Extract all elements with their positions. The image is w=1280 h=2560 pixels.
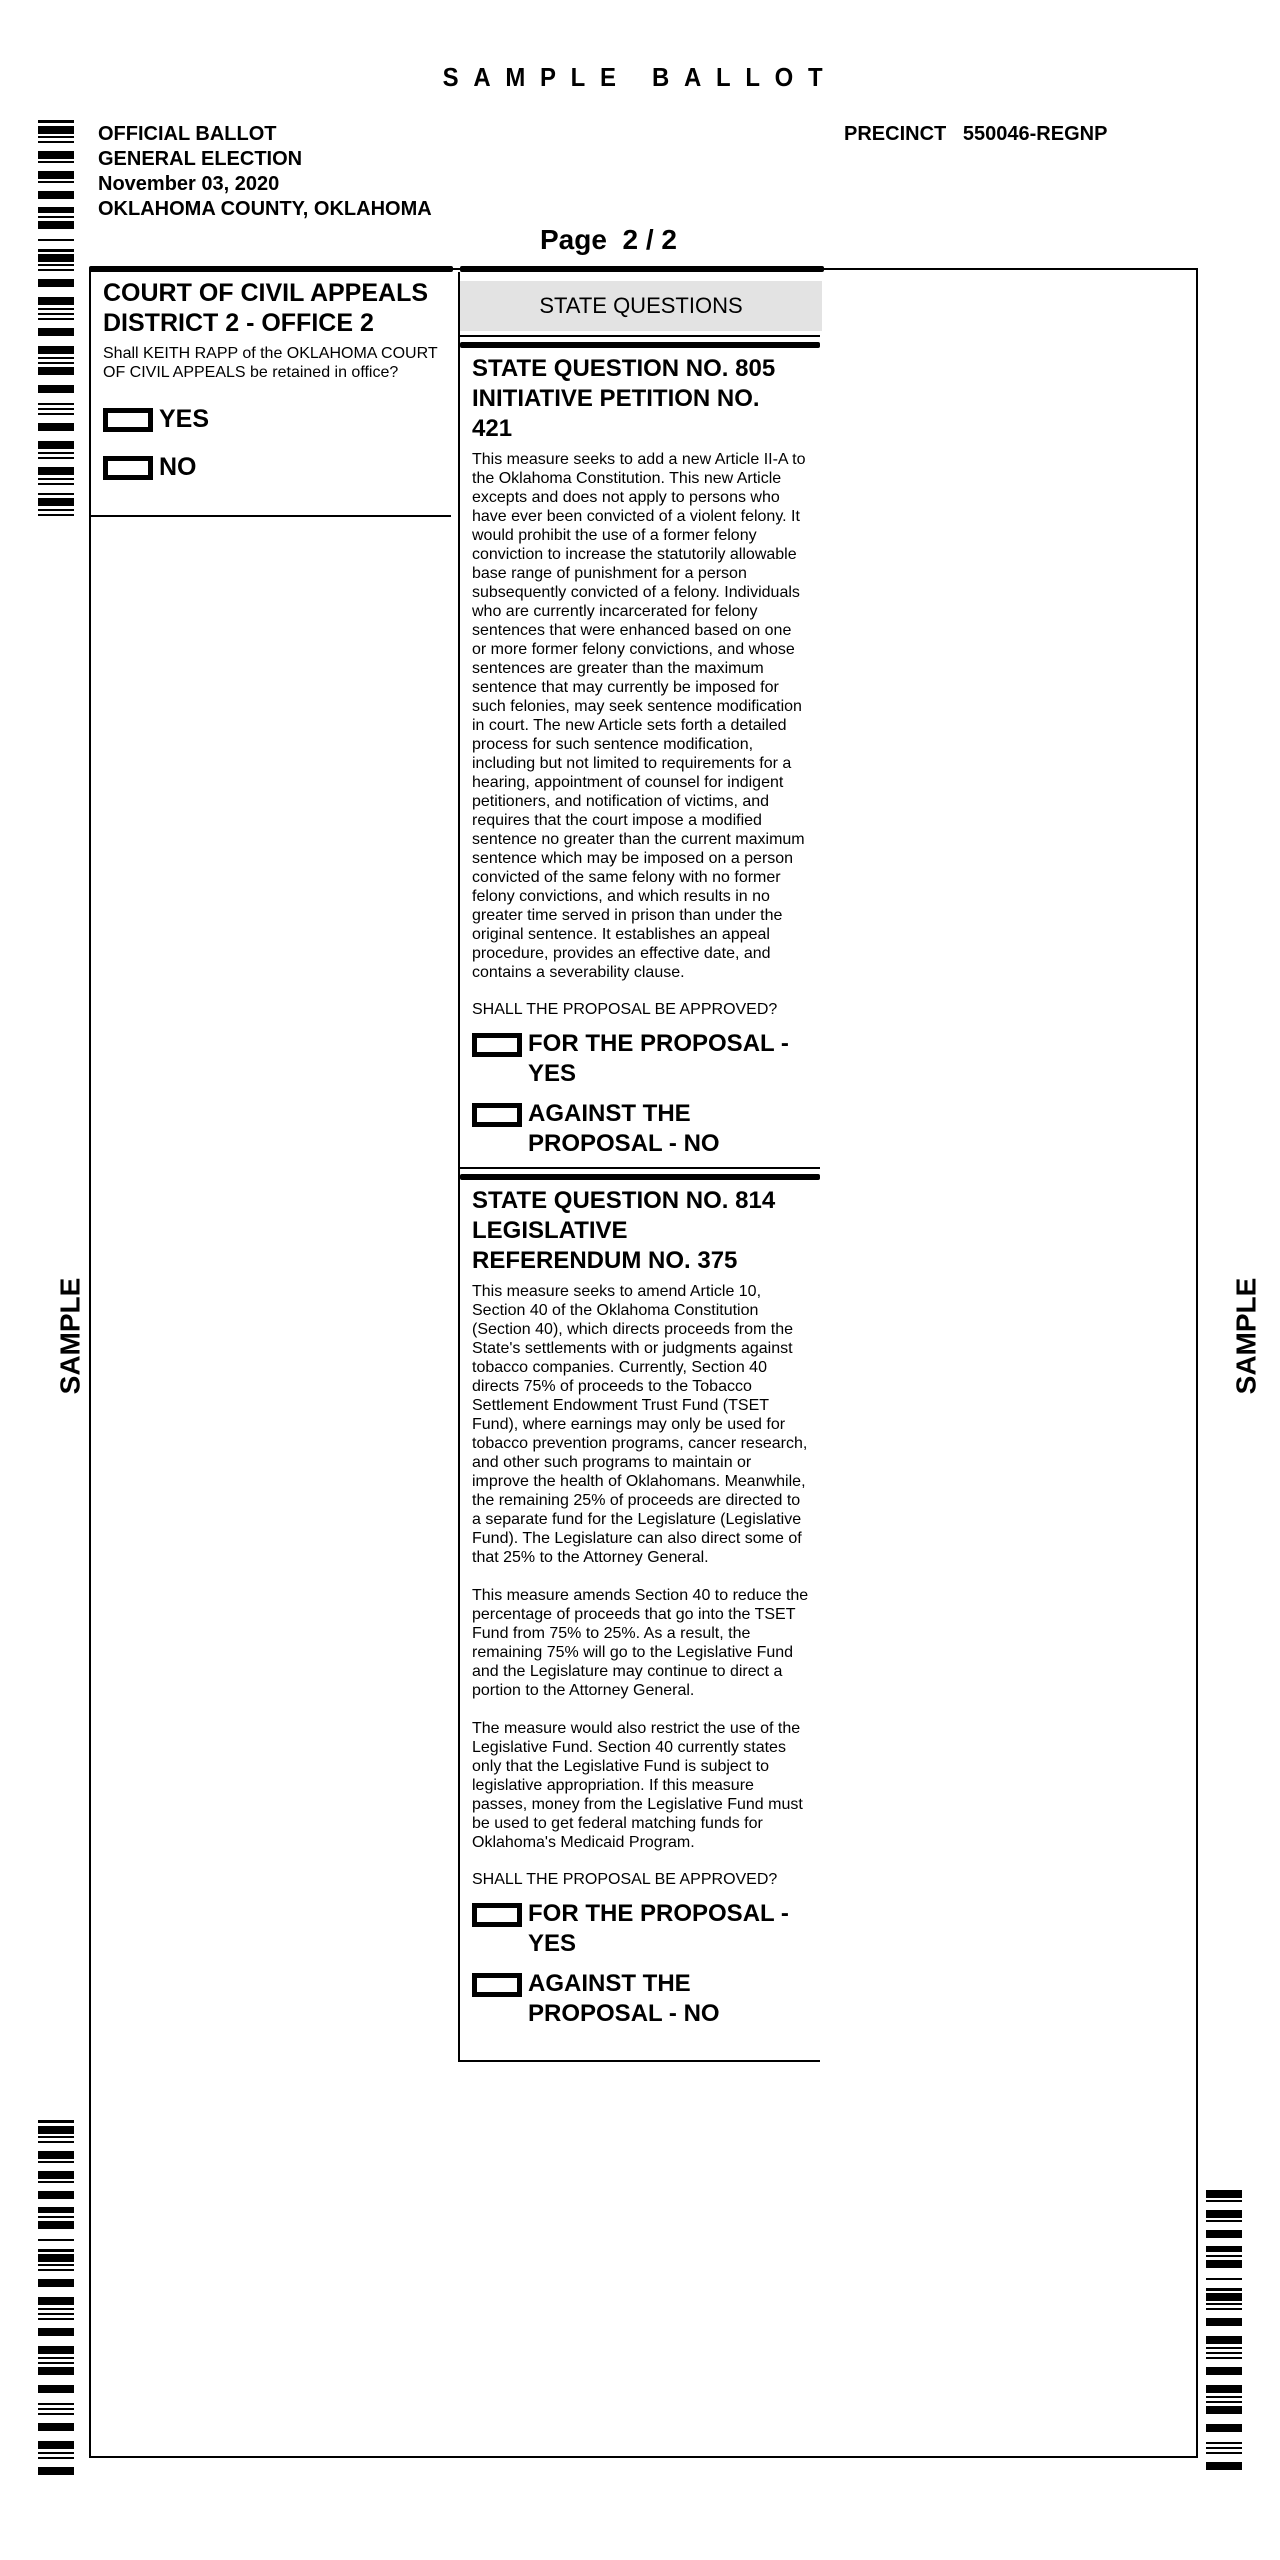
vote-oval[interactable] — [472, 1903, 522, 1927]
question-prompt: SHALL THE PROPOSAL BE APPROVED? — [472, 1000, 810, 1019]
barcode-bottom-left-icon — [38, 2120, 74, 2440]
header-line-official: OFFICIAL BALLOT — [98, 122, 432, 147]
contest-title-line: COURT OF CIVIL APPEALS — [103, 278, 439, 308]
option-label: FOR THE PROPOSAL - YES — [528, 1029, 810, 1089]
header-line-county: OKLAHOMA COUNTY, OKLAHOMA — [98, 197, 432, 222]
question-title-line: STATE QUESTION NO. 814 — [472, 1186, 810, 1216]
ballot-title: SAMPLE BALLOT — [51, 62, 1229, 93]
question-title-line: REFERENDUM NO. 375 — [472, 1246, 810, 1276]
question-paragraph: This measure seeks to add a new Article … — [472, 450, 810, 982]
question-text: This measure seeks to amend Article 10, … — [472, 1282, 810, 1852]
precinct-label: PRECINCT — [844, 123, 946, 145]
ballot-header-info: OFFICIAL BALLOT GENERAL ELECTION Novembe… — [98, 122, 432, 222]
state-question-814: STATE QUESTION NO. 814 LEGISLATIVE REFER… — [460, 1186, 822, 2029]
barcode-bottom-right-icon — [1206, 2190, 1242, 2440]
question-title-line: LEGISLATIVE — [472, 1216, 810, 1246]
option-yes[interactable]: YES — [91, 404, 451, 434]
section-header-rule — [460, 335, 820, 337]
vote-oval[interactable] — [472, 1103, 522, 1127]
vote-oval[interactable] — [472, 1033, 522, 1057]
contest-title-line: DISTRICT 2 - OFFICE 2 — [103, 308, 439, 338]
option-label: FOR THE PROPOSAL - YES — [528, 1899, 810, 1959]
option-no[interactable]: NO — [91, 452, 451, 482]
question-bottom-rule — [460, 2060, 820, 2062]
question-title: STATE QUESTION NO. 814 LEGISLATIVE REFER… — [472, 1186, 810, 1276]
precinct-info: PRECINCT 550046-REGNP — [844, 122, 1107, 147]
option-against-proposal[interactable]: AGAINST THE PROPOSAL - NO — [472, 1099, 810, 1159]
middle-column-top-rule — [460, 266, 824, 272]
option-label: YES — [159, 404, 209, 434]
header-line-election: GENERAL ELECTION — [98, 147, 432, 172]
question-top-rule — [460, 342, 820, 348]
vote-oval[interactable] — [103, 456, 153, 480]
contest-divider — [91, 515, 451, 517]
question-paragraph: This measure seeks to amend Article 10, … — [472, 1282, 810, 1567]
contest-description: Shall KEITH RAPP of the OKLAHOMA COURT O… — [91, 338, 451, 382]
barcode-top-left-icon — [38, 120, 74, 510]
vote-oval[interactable] — [103, 408, 153, 432]
option-for-proposal[interactable]: FOR THE PROPOSAL - YES — [472, 1029, 810, 1089]
sample-watermark-left: SAMPLE — [54, 1278, 86, 1395]
question-paragraph: This measure amends Section 40 to reduce… — [472, 1586, 810, 1700]
option-against-proposal[interactable]: AGAINST THE PROPOSAL - NO — [472, 1969, 810, 2029]
question-title-line: STATE QUESTION NO. 805 — [472, 354, 810, 384]
option-label: NO — [159, 452, 197, 482]
question-paragraph: The measure would also restrict the use … — [472, 1719, 810, 1852]
question-title-line: INITIATIVE PETITION NO. — [472, 384, 810, 414]
question-divider — [460, 1167, 820, 1169]
header-line-date: November 03, 2020 — [98, 172, 432, 197]
option-for-proposal[interactable]: FOR THE PROPOSAL - YES — [472, 1899, 810, 1959]
precinct-value: 550046-REGNP — [963, 123, 1108, 145]
option-label: AGAINST THE PROPOSAL - NO — [528, 1969, 810, 2029]
vote-oval[interactable] — [472, 1973, 522, 1997]
question-top-rule — [460, 1174, 820, 1180]
question-text: This measure seeks to add a new Article … — [472, 450, 810, 982]
contest-court-of-civil-appeals: COURT OF CIVIL APPEALS DISTRICT 2 - OFFI… — [91, 272, 451, 482]
question-title: STATE QUESTION NO. 805 INITIATIVE PETITI… — [472, 354, 810, 444]
section-header-state-questions: STATE QUESTIONS — [460, 281, 822, 331]
option-label: AGAINST THE PROPOSAL - NO — [528, 1099, 810, 1159]
page-number: Page 2 / 2 — [540, 224, 677, 256]
question-title-line: 421 — [472, 414, 810, 444]
question-prompt: SHALL THE PROPOSAL BE APPROVED? — [472, 1870, 810, 1889]
contest-title: COURT OF CIVIL APPEALS DISTRICT 2 - OFFI… — [91, 272, 451, 338]
state-question-805: STATE QUESTION NO. 805 INITIATIVE PETITI… — [460, 354, 822, 1159]
sample-watermark-right: SAMPLE — [1230, 1278, 1262, 1395]
